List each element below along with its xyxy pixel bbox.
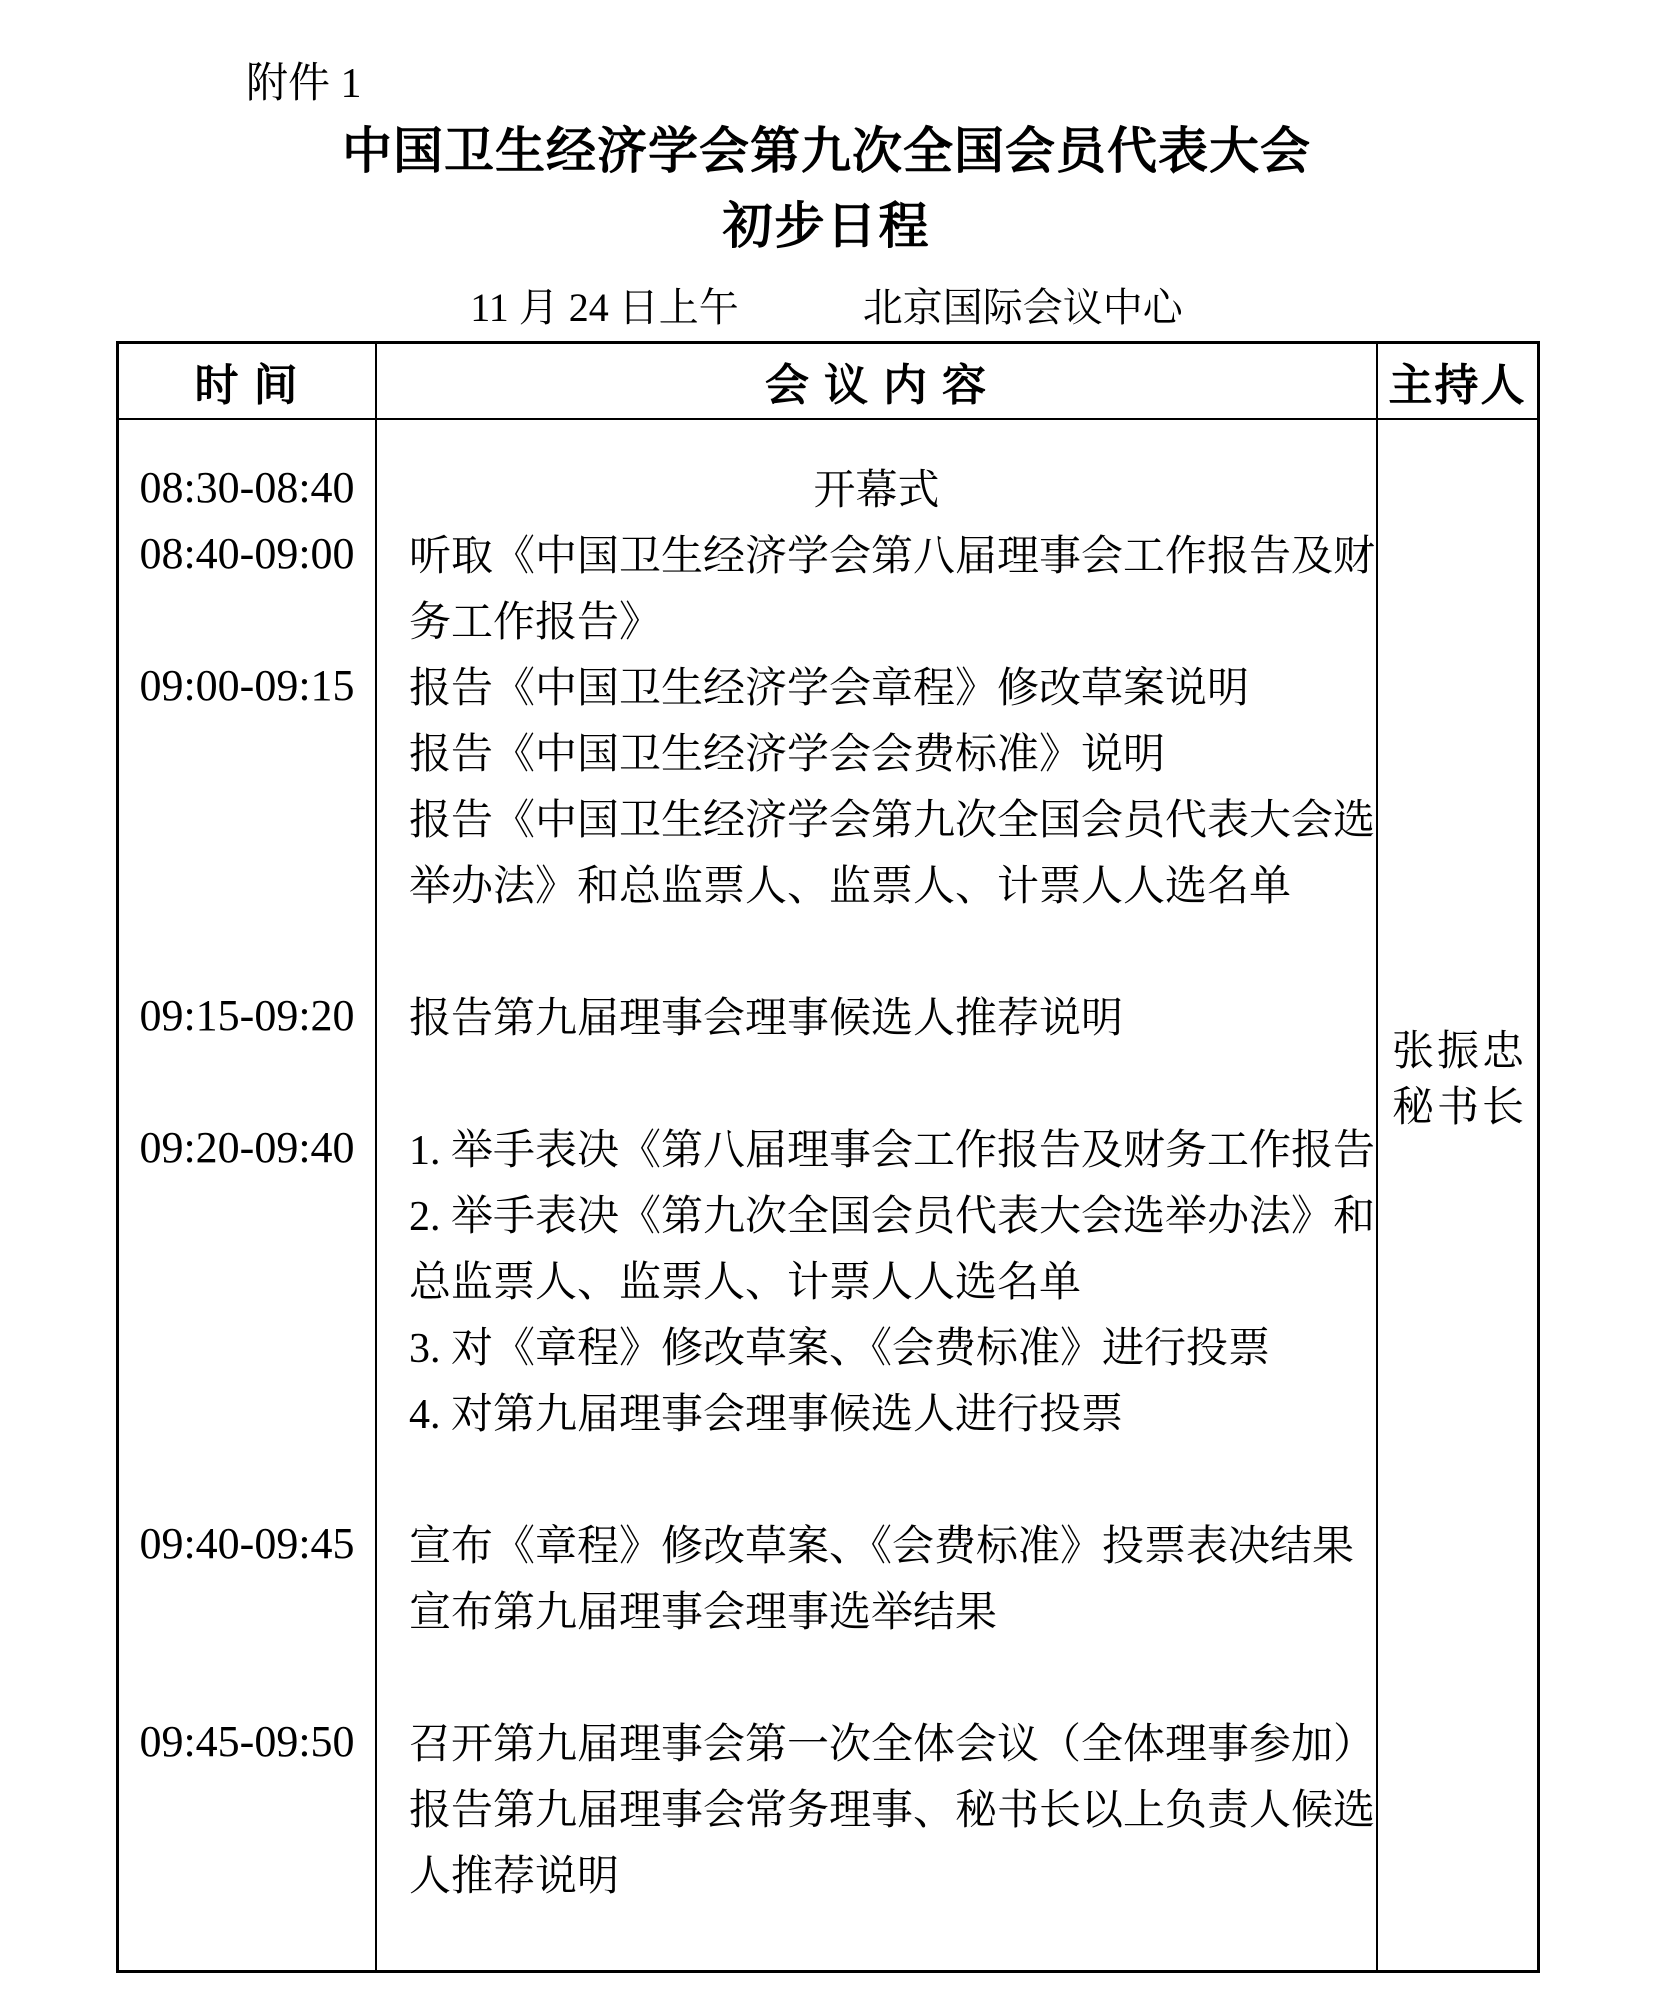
agenda-line: 宣布第九届理事会理事选举结果 [377, 1576, 1376, 1642]
agenda-line: 报告《中国卫生经济学会会费标准》说明 [377, 718, 1376, 784]
content-column: 开幕式 听取《中国卫生经济学会第八届理事会工作报告及财 务工作报告》 报告《中国… [377, 420, 1378, 1970]
agenda-line: 开幕式 [377, 454, 1376, 520]
agenda-line: 2. 举手表决《第九次全国会员代表大会选举办法》和 [377, 1180, 1376, 1246]
agenda-line: 报告第九届理事会理事候选人推荐说明 [377, 982, 1376, 1048]
agenda-table: 时 间 会 议 内 容 主持人 08:30-08:40 08:40-09:00 … [116, 341, 1540, 1973]
host-name: 张振忠 [1392, 1024, 1537, 1080]
time-slot [119, 1048, 375, 1114]
agenda-line: 报告《中国卫生经济学会第九次全国会员代表大会选 [377, 784, 1376, 850]
table-body-row: 08:30-08:40 08:40-09:00 09:00-09:15 09:1… [119, 420, 1537, 1970]
time-slot [119, 1840, 375, 1906]
time-slot [119, 850, 375, 916]
document-title: 中国卫生经济学会第九次全国会员代表大会 [0, 120, 1653, 182]
time-slot: 08:30-08:40 [119, 454, 375, 520]
agenda-line: 宣布《章程》修改草案、《会费标准》投票表决结果 [377, 1510, 1376, 1576]
time-slot [119, 1180, 375, 1246]
time-slot: 09:45-09:50 [119, 1708, 375, 1774]
agenda-line: 举办法》和总监票人、监票人、计票人人选名单 [377, 850, 1376, 916]
agenda-line [377, 916, 1376, 982]
document-page: 附件 1 中国卫生经济学会第九次全国会员代表大会 初步日程 11 月 24 日上… [0, 0, 1653, 1994]
header-host: 主持人 [1378, 344, 1537, 418]
time-slot: 09:15-09:20 [119, 982, 375, 1048]
agenda-line: 召开第九届理事会第一次全体会议（全体理事参加） [377, 1708, 1376, 1774]
time-slot: 09:20-09:40 [119, 1114, 375, 1180]
session-info: 11 月 24 日上午 北京国际会议中心 [0, 284, 1653, 332]
time-slot [119, 1774, 375, 1840]
time-slot [119, 1576, 375, 1642]
header-content: 会 议 内 容 [377, 344, 1378, 418]
time-slot [119, 1312, 375, 1378]
agenda-line: 人推荐说明 [377, 1840, 1376, 1906]
time-slot [119, 1246, 375, 1312]
time-slot [119, 718, 375, 784]
time-slot: 09:00-09:15 [119, 652, 375, 718]
table-header-row: 时 间 会 议 内 容 主持人 [119, 344, 1537, 420]
time-slot [119, 586, 375, 652]
agenda-line [377, 1048, 1376, 1114]
agenda-line: 3. 对《章程》修改草案、《会费标准》进行投票 [377, 1312, 1376, 1378]
agenda-line: 报告第九届理事会常务理事、秘书长以上负责人候选 [377, 1774, 1376, 1840]
session-datetime: 11 月 24 日上午 [470, 284, 739, 332]
header-time: 时 间 [119, 344, 377, 418]
time-slot [119, 916, 375, 982]
time-slot [119, 784, 375, 850]
host-title: 秘书长 [1392, 1080, 1537, 1136]
agenda-line [377, 1642, 1376, 1708]
agenda-line: 1. 举手表决《第八届理事会工作报告及财务工作报告》 [377, 1114, 1376, 1180]
document-subtitle: 初步日程 [0, 196, 1653, 256]
attachment-label: 附件 1 [246, 58, 362, 110]
time-slot [119, 1642, 375, 1708]
agenda-line: 听取《中国卫生经济学会第八届理事会工作报告及财 [377, 520, 1376, 586]
agenda-line: 4. 对第九届理事会理事候选人进行投票 [377, 1378, 1376, 1444]
agenda-line: 报告《中国卫生经济学会章程》修改草案说明 [377, 652, 1376, 718]
host-info: 张振忠 秘书长 [1378, 420, 1537, 1136]
time-slot: 09:40-09:45 [119, 1510, 375, 1576]
time-slot: 08:40-09:00 [119, 520, 375, 586]
agenda-line [377, 1444, 1376, 1510]
time-slot [119, 1444, 375, 1510]
agenda-line: 总监票人、监票人、计票人人选名单 [377, 1246, 1376, 1312]
time-column: 08:30-08:40 08:40-09:00 09:00-09:15 09:1… [119, 420, 377, 1970]
host-column: 张振忠 秘书长 [1378, 420, 1537, 1970]
time-slot [119, 1378, 375, 1444]
agenda-line: 务工作报告》 [377, 586, 1376, 652]
session-venue: 北京国际会议中心 [863, 284, 1183, 332]
